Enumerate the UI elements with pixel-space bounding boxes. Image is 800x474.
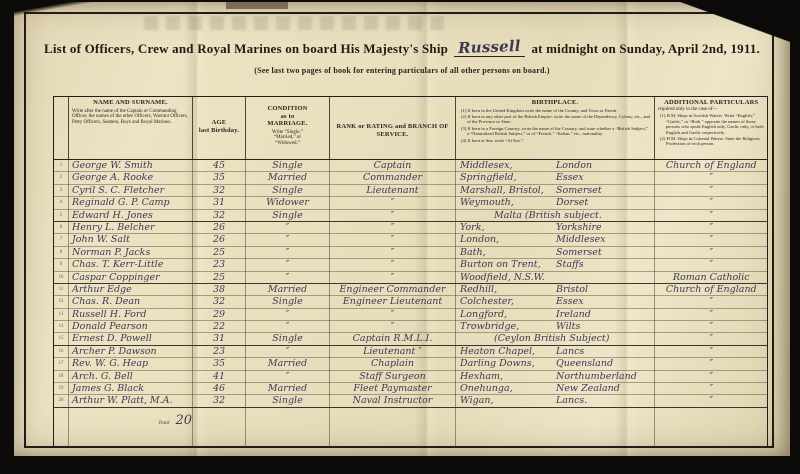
condition-cell: ″ xyxy=(245,371,329,383)
birth-county: Wilts xyxy=(556,321,580,333)
birth-town: (Ceylon British Subject) xyxy=(494,333,609,344)
row-number: 20 xyxy=(54,395,68,407)
religion-cell: ″ xyxy=(654,395,768,407)
age-cell: 31 xyxy=(192,197,245,209)
age-cell: 41 xyxy=(192,371,245,383)
table-footer: Total 20 xyxy=(54,408,767,447)
birth-town: Wigan, xyxy=(460,395,494,406)
age-cell: 26 xyxy=(192,222,245,234)
birthplace-cell: Bath,Somerset xyxy=(455,247,654,259)
birthplace-cell: (Ceylon British Subject) xyxy=(455,333,654,345)
name-cell: Reginald G. P. Camp xyxy=(68,197,192,209)
row-number: 3 xyxy=(54,185,68,197)
paper-page: 1 List of Officers, Crew and Royal Marin… xyxy=(14,2,790,456)
birthplace-cell: Hexham,Northumberland xyxy=(455,371,654,383)
row-number: 2 xyxy=(54,172,68,184)
age-cell: 35 xyxy=(192,358,245,370)
name-cell: Ernest D. Powell xyxy=(68,333,192,345)
religion-cell: ″ xyxy=(654,321,768,333)
row-number: 11 xyxy=(54,284,68,296)
birth-county: Northumberland xyxy=(556,371,637,383)
rank-cell: Engineer Commander xyxy=(329,284,455,296)
religion-cell: ″ xyxy=(654,185,768,197)
birthplace-cell: Longford,Ireland xyxy=(455,309,654,321)
birthplace-cell: Woodfield, N.S.W. xyxy=(455,272,654,284)
birthplace-cell: Trowbridge,Wilts xyxy=(455,321,654,333)
condition-cell: Single xyxy=(245,160,329,172)
header-rank: RANK or RATING and BRANCH OF SERVICE. xyxy=(329,97,455,159)
name-cell: Arch. G. Bell xyxy=(68,371,192,383)
religion-cell: ″ xyxy=(654,259,768,271)
birthplace-cell: Weymouth,Dorset xyxy=(455,197,654,209)
birthplace-cell: Redhill,Bristol xyxy=(455,284,654,296)
rank-cell: ″ xyxy=(329,259,455,271)
birth-town: Marshall, Bristol, xyxy=(460,185,544,196)
birth-county: Somerset xyxy=(556,185,602,197)
table-row: 12Chas. R. Dean32SingleEngineer Lieutena… xyxy=(54,296,767,308)
name-cell: Chas. T. Kerr-Little xyxy=(68,259,192,271)
total-value: 20 xyxy=(175,413,192,428)
ship-name-handwritten: Russell xyxy=(458,39,521,55)
row-number: 14 xyxy=(54,321,68,333)
condition-cell: Single xyxy=(245,185,329,197)
birth-town: York, xyxy=(460,222,484,233)
name-cell: Norman P. Jacks xyxy=(68,247,192,259)
birthplace-notes: (1) If born in the United Kingdom write … xyxy=(459,108,651,143)
row-number: 7 xyxy=(54,234,68,246)
birthplace-cell: Heaton Chapel,Lancs xyxy=(455,346,654,358)
birth-town: Trowbridge, xyxy=(460,321,519,332)
row-number: 6 xyxy=(54,222,68,234)
age-cell: 32 xyxy=(192,185,245,197)
birthplace-cell: Colchester,Essex xyxy=(455,296,654,308)
age-cell: 23 xyxy=(192,259,245,271)
religion-cell: ″ xyxy=(654,172,768,184)
age-cell: 32 xyxy=(192,210,245,222)
name-cell: Henry L. Belcher xyxy=(68,222,192,234)
birthplace-cell: Springfield,Essex xyxy=(455,172,654,184)
name-cell: Russell H. Ford xyxy=(68,309,192,321)
table-row: 8Norman P. Jacks25″″Bath,Somerset″ xyxy=(54,247,767,259)
age-cell: 38 xyxy=(192,284,245,296)
total-label: Total xyxy=(158,420,169,426)
religion-cell: ″ xyxy=(654,296,768,308)
condition-cell: Married xyxy=(245,172,329,184)
religion-cell: ″ xyxy=(654,222,768,234)
condition-cell: ″ xyxy=(245,346,329,358)
scan-artifact-tab xyxy=(226,2,288,9)
birth-town: Colchester, xyxy=(460,296,514,307)
condition-cell: ″ xyxy=(245,272,329,284)
religion-cell: Church of England xyxy=(654,160,768,172)
birthplace-cell: Darling Downs,Queensland xyxy=(455,358,654,370)
scanned-document: 1 List of Officers, Crew and Royal Marin… xyxy=(0,0,800,474)
table-row: 7John W. Salt26″″London,Middlesex″ xyxy=(54,234,767,246)
rank-cell: Captain xyxy=(329,160,455,172)
religion-cell: ″ xyxy=(654,247,768,259)
condition-cell: Married xyxy=(245,383,329,395)
table-row: 6Henry L. Belcher26″″York,Yorkshire″ xyxy=(54,222,767,234)
rank-cell: ″ xyxy=(329,210,455,222)
row-number: 15 xyxy=(54,333,68,345)
name-cell: Arthur Edge xyxy=(68,284,192,296)
birthplace-cell: Burton on Trent,Staffs xyxy=(455,259,654,271)
header-age: AGE last Birthday. xyxy=(192,97,245,159)
name-cell: John W. Salt xyxy=(68,234,192,246)
birth-town: Longford, xyxy=(460,309,507,320)
table-row: 13Russell H. Ford29″″Longford,Ireland″ xyxy=(54,309,767,321)
name-cell: Donald Pearson xyxy=(68,321,192,333)
table-row: 20Arthur W. Platt, M.A.32SingleNaval Ins… xyxy=(54,395,767,407)
name-cell: George A. Rooke xyxy=(68,172,192,184)
birth-county: Yorkshire xyxy=(556,222,602,234)
birth-town: Bath, xyxy=(460,247,486,258)
birth-town: Malta (British subject. xyxy=(494,210,602,221)
title-prefix: List of Officers, Crew and Royal Marines… xyxy=(44,41,448,57)
birth-town: Hexham, xyxy=(460,371,503,382)
age-cell: 45 xyxy=(192,160,245,172)
birth-town: Burton on Trent, xyxy=(460,259,541,270)
condition-cell: ″ xyxy=(245,247,329,259)
condition-cell: Single xyxy=(245,210,329,222)
name-cell: Chas. R. Dean xyxy=(68,296,192,308)
table-row: 4Reginald G. P. Camp31Widower″Weymouth,D… xyxy=(54,197,767,209)
rank-cell: ″ xyxy=(329,321,455,333)
birth-county: Staffs xyxy=(556,259,584,271)
condition-cell: Single xyxy=(245,296,329,308)
religion-cell: ″ xyxy=(654,371,768,383)
header-additional: ADDITIONAL PARTICULARS required only in … xyxy=(654,97,768,159)
form-subtitle: (See last two pages of book for entering… xyxy=(14,66,790,75)
condition-cell: ″ xyxy=(245,222,329,234)
birth-town: Woodfield, N.S.W. xyxy=(460,272,545,283)
birthplace-cell: Marshall, Bristol,Somerset xyxy=(455,185,654,197)
name-cell: Cyril S. C. Fletcher xyxy=(68,185,192,197)
row-number: 8 xyxy=(54,247,68,259)
age-cell: 23 xyxy=(192,346,245,358)
rank-cell: ″ xyxy=(329,222,455,234)
name-cell: Rev. W. G. Heap xyxy=(68,358,192,370)
table-row: 11Arthur Edge38MarriedEngineer Commander… xyxy=(54,284,767,296)
birth-county: London xyxy=(556,160,592,172)
condition-cell: ″ xyxy=(245,309,329,321)
religion-cell: ″ xyxy=(654,358,768,370)
religion-cell: ″ xyxy=(654,346,768,358)
birth-county: Somerset xyxy=(556,247,602,259)
age-cell: 26 xyxy=(192,234,245,246)
name-cell: James G. Black xyxy=(68,383,192,395)
row-number: 12 xyxy=(54,296,68,308)
condition-cell: ″ xyxy=(245,259,329,271)
religion-cell: ″ xyxy=(654,197,768,209)
age-cell: 25 xyxy=(192,247,245,259)
instruction-note: (2) If born in any other part of the Bri… xyxy=(459,114,651,125)
birth-county: Essex xyxy=(556,296,584,308)
table-row: 3Cyril S. C. Fletcher32SingleLieutenantM… xyxy=(54,185,767,197)
table-row: 16Archer P. Dawson23″Lieutenant ″Heaton … xyxy=(54,346,767,358)
instruction-note: (1) H.M. Ships in Scottish Waters. Write… xyxy=(658,113,765,135)
condition-cell: Married xyxy=(245,284,329,296)
rank-cell: Captain R.M.L.I. xyxy=(329,333,455,345)
birth-county: Ireland xyxy=(556,309,591,321)
birthplace-cell: London,Middlesex xyxy=(455,234,654,246)
age-cell: 29 xyxy=(192,309,245,321)
rank-cell: Commander xyxy=(329,172,455,184)
birth-county: Lancs xyxy=(556,346,584,358)
religion-cell: ″ xyxy=(654,234,768,246)
condition-cell: ″ xyxy=(245,234,329,246)
age-cell: 25 xyxy=(192,272,245,284)
row-number: 1 xyxy=(54,160,68,172)
age-cell: 22 xyxy=(192,321,245,333)
birth-county: New Zealand xyxy=(556,383,620,395)
birth-town: Springfield, xyxy=(460,172,516,183)
birth-town: London, xyxy=(460,234,499,245)
religion-cell: Church of England xyxy=(654,284,768,296)
birth-county: Essex xyxy=(556,172,584,184)
header-no-column xyxy=(54,97,68,159)
header-condition: CONDITION as to MARRIAGE. Write “Single,… xyxy=(245,97,329,159)
header-birthplace: BIRTHPLACE. (1) If born in the United Ki… xyxy=(455,97,654,159)
rank-cell: ″ xyxy=(329,234,455,246)
name-cell: George W. Smith xyxy=(68,160,192,172)
birth-county: Queensland xyxy=(556,358,613,370)
table-row: 18Arch. G. Bell41″Staff SurgeonHexham,No… xyxy=(54,371,767,383)
total-row: Total 20 xyxy=(68,408,192,447)
condition-cell: Married xyxy=(245,358,329,370)
rank-cell: Engineer Lieutenant xyxy=(329,296,455,308)
ship-name-blank: Russell xyxy=(454,40,525,57)
birth-town: Onehunga, xyxy=(460,383,513,394)
rank-cell: Lieutenant ″ xyxy=(329,346,455,358)
row-number: 17 xyxy=(54,358,68,370)
table-row: 17Rev. W. G. Heap35MarriedChaplainDarlin… xyxy=(54,358,767,370)
instruction-note: (2) H.M. Ships in Colonial Waters. State… xyxy=(658,136,765,147)
birth-town: Heaton Chapel, xyxy=(460,346,535,357)
crew-table: NAME AND SURNAME. Write after the name o… xyxy=(53,96,768,447)
instruction-note: (4) If born at Sea, write “At Sea.” xyxy=(459,138,651,143)
rank-cell: ″ xyxy=(329,197,455,209)
rank-cell: Chaplain xyxy=(329,358,455,370)
table-header: NAME AND SURNAME. Write after the name o… xyxy=(54,97,767,160)
condition-cell: Widower xyxy=(245,197,329,209)
birth-town: Darling Downs, xyxy=(460,358,535,369)
birth-county: Middlesex xyxy=(556,234,605,246)
row-number: 16 xyxy=(54,346,68,358)
condition-cell: Single xyxy=(245,395,329,407)
table-row: 14Donald Pearson22″″Trowbridge,Wilts″ xyxy=(54,321,767,333)
rank-cell: ″ xyxy=(329,309,455,321)
header-name: NAME AND SURNAME. Write after the name o… xyxy=(68,97,192,159)
additional-notes: (1) H.M. Ships in Scottish Waters. Write… xyxy=(658,113,765,146)
instruction-note: (3) If born in a Foreign Country, write … xyxy=(459,126,651,137)
birth-town: Weymouth, xyxy=(460,197,514,208)
rank-cell: ″ xyxy=(329,247,455,259)
age-cell: 35 xyxy=(192,172,245,184)
rank-cell: Naval Instructor xyxy=(329,395,455,407)
age-cell: 31 xyxy=(192,333,245,345)
condition-cell: ″ xyxy=(245,321,329,333)
religion-cell: ″ xyxy=(654,309,768,321)
age-cell: 32 xyxy=(192,395,245,407)
table-row: 10Caspar Coppinger25″″Woodfield, N.S.W.R… xyxy=(54,272,767,284)
birth-town: Middlesex, xyxy=(460,160,512,171)
rank-cell: Staff Surgeon xyxy=(329,371,455,383)
name-cell: Archer P. Dawson xyxy=(68,346,192,358)
birthplace-cell: Wigan,Lancs. xyxy=(455,395,654,407)
row-number: 10 xyxy=(54,272,68,284)
scan-corner-shadow xyxy=(640,2,790,46)
birthplace-cell: Malta (British subject. xyxy=(455,210,654,222)
birth-county: Lancs. xyxy=(556,395,587,407)
age-cell: 32 xyxy=(192,296,245,308)
birthplace-cell: Middlesex,London xyxy=(455,160,654,172)
religion-cell: ″ xyxy=(654,383,768,395)
row-number: 19 xyxy=(54,383,68,395)
birthplace-cell: York,Yorkshire xyxy=(455,222,654,234)
religion-cell: ″ xyxy=(654,210,768,222)
name-cell: Arthur W. Platt, M.A. xyxy=(68,395,192,407)
row-number: 4 xyxy=(54,197,68,209)
table-row: 9Chas. T. Kerr-Little23″″Burton on Trent… xyxy=(54,259,767,271)
religion-cell: ″ xyxy=(654,333,768,345)
condition-cell: Single xyxy=(245,333,329,345)
table-row: 19James G. Black46MarriedFleet Paymaster… xyxy=(54,383,767,395)
row-number: 13 xyxy=(54,309,68,321)
table-row: 2George A. Rooke35MarriedCommanderSpring… xyxy=(54,172,767,184)
rank-cell: Lieutenant xyxy=(329,185,455,197)
name-cell: Edward H. Jones xyxy=(68,210,192,222)
birth-county: Dorset xyxy=(556,197,588,209)
row-number: 18 xyxy=(54,371,68,383)
name-cell: Caspar Coppinger xyxy=(68,272,192,284)
scan-corner-shadow xyxy=(14,2,104,18)
birthplace-cell: Onehunga,New Zealand xyxy=(455,383,654,395)
age-cell: 46 xyxy=(192,383,245,395)
row-number: 9 xyxy=(54,259,68,271)
table-row: 15Ernest D. Powell31SingleCaptain R.M.L.… xyxy=(54,333,767,345)
row-number: 5 xyxy=(54,210,68,222)
table-body: 1George W. Smith45SingleCaptainMiddlesex… xyxy=(54,160,767,408)
table-row: 1George W. Smith45SingleCaptainMiddlesex… xyxy=(54,160,767,172)
birth-county: Bristol xyxy=(556,284,588,296)
rank-cell: Fleet Paymaster xyxy=(329,383,455,395)
table-row: 5Edward H. Jones32Single″Malta (British … xyxy=(54,210,767,222)
birth-town: Redhill, xyxy=(460,284,497,295)
instruction-note: (1) If born in the United Kingdom write … xyxy=(459,108,651,113)
religion-cell: Roman Catholic xyxy=(654,272,768,284)
rank-cell: ″ xyxy=(329,272,455,284)
